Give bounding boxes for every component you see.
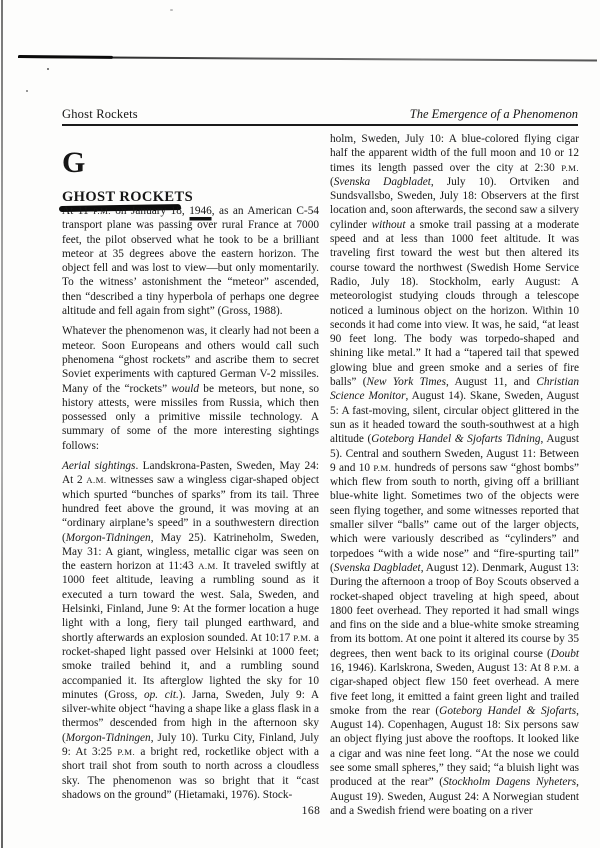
column-right: holm, Sweden, July 10: A blue-colored fl… [330, 132, 579, 818]
running-head: Ghost Rockets The Emergence of a Phenome… [62, 107, 578, 122]
scanned-book-page: Ghost Rockets The Emergence of a Phenome… [0, 0, 600, 848]
running-head-right: The Emergence of a Phenomenon [410, 107, 578, 122]
column-left: At 11 P.M. on January 18, 1946, as an Am… [62, 204, 319, 802]
scan-speck [47, 68, 49, 70]
paragraph: Aerial sightings. Landskrona-Pasten, Swe… [62, 459, 319, 802]
paragraph: Whatever the phenomenon was, it clearly … [62, 324, 319, 453]
paragraph: holm, Sweden, July 10: A blue-colored fl… [330, 132, 579, 818]
running-head-left: Ghost Rockets [62, 107, 138, 122]
header-rule [62, 124, 578, 126]
scan-speck [26, 90, 28, 92]
scan-edge-artifact [1, 0, 3, 848]
scan-line-artifact-thick [18, 55, 113, 59]
scan-speck [170, 9, 173, 11]
page-number: 168 [11, 805, 600, 817]
paragraph: At 11 P.M. on January 18, 1946, as an Am… [62, 204, 319, 318]
section-letter: G [62, 146, 86, 180]
